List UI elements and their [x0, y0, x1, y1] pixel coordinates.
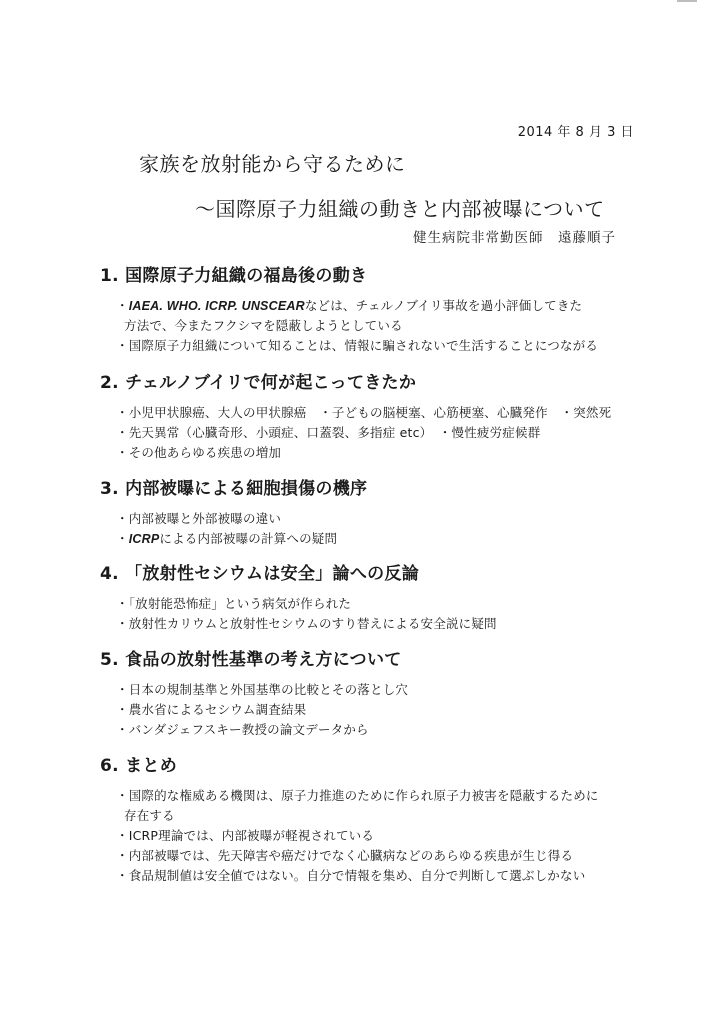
- section-2: 2. チェルノブイリで何が起こってきたか ・小児甲状腺癌、大人の甲状腺癌 ・子ど…: [100, 368, 611, 463]
- list-item-continuation: 存在する: [116, 806, 599, 826]
- bullet: ・: [116, 828, 129, 843]
- section-heading: 5. 食品の放射性基準の考え方について: [100, 645, 408, 670]
- list-item-continuation: 方法で、今またフクシマを隠蔽しようとしている: [116, 316, 598, 336]
- list-item: ・先天異常（心臓奇形、小頭症、口蓋裂、多指症 etc） ・慢性疲労症候群: [116, 423, 611, 443]
- bullet: ・: [116, 298, 129, 313]
- organization-names: IAEA. WHO. ICRP. UNSCEAR: [129, 299, 305, 313]
- bullet: ・: [116, 682, 129, 697]
- bullet: ・: [116, 848, 129, 863]
- bullet: ・: [116, 788, 129, 803]
- section-heading: 3. 内部被曝による細胞損傷の機序: [100, 474, 367, 499]
- list-item: ・ICRPによる内部被曝の計算への疑問: [116, 529, 367, 549]
- bullet: ・: [116, 616, 129, 631]
- list-item: ・日本の規制基準と外国基準の比較とその落とし穴: [116, 680, 408, 700]
- bullet: ・: [116, 531, 129, 546]
- document-date: 2014 年 8 月 3 日: [518, 121, 634, 140]
- section-5: 5. 食品の放射性基準の考え方について ・日本の規制基準と外国基準の比較とその落…: [100, 645, 408, 740]
- list-item: ・食品規制値は安全値ではない。自分で情報を集め、自分で判断して選ぶしかない: [116, 866, 599, 886]
- list-item: ・放射性カリウムと放射性セシウムのすり替えによる安全説に疑問: [116, 614, 497, 634]
- bullet: ・: [116, 511, 129, 526]
- list-item: ・ICRP理論では、内部被曝が軽視されている: [116, 826, 599, 846]
- bullet: ・: [116, 702, 129, 717]
- document-title: 家族を放射能から守るために: [139, 148, 406, 177]
- list-item: ・内部被曝と外部被曝の違い: [116, 509, 367, 529]
- bullet: ・: [116, 596, 129, 611]
- list-item: ・農水省によるセシウム調査結果: [116, 700, 408, 720]
- section-heading: 4. 「放射性セシウムは安全」論への反論: [100, 559, 497, 584]
- bullet: ・: [116, 868, 129, 883]
- section-heading: 2. チェルノブイリで何が起こってきたか: [100, 368, 611, 393]
- list-item: ・内部被曝では、先天障害や癌だけでなく心臓病などのあらゆる疾患が生じ得る: [116, 846, 599, 866]
- section-4: 4. 「放射性セシウムは安全」論への反論 ・「放射能恐怖症」という病気が作られた…: [100, 559, 497, 634]
- list-item: ・「放射能恐怖症」という病気が作られた: [116, 594, 497, 614]
- section-3: 3. 内部被曝による細胞損傷の機序 ・内部被曝と外部被曝の違い ・ICRPによる…: [100, 474, 367, 549]
- list-item: ・その他あらゆる疾患の増加: [116, 443, 611, 463]
- document-author: 健生病院非常勤医師 遠藤順子: [413, 226, 616, 246]
- section-heading: 6. まとめ: [100, 751, 599, 776]
- section-heading: 1. 国際原子力組織の福島後の動き: [100, 261, 598, 286]
- bullet: ・: [116, 722, 129, 737]
- list-item: ・バンダジェフスキー教授の論文データから: [116, 720, 408, 740]
- list-item: ・IAEA. WHO. ICRP. UNSCEARなどは、チェルノブイリ事故を過…: [116, 296, 598, 316]
- list-item: ・国際的な権威ある機関は、原子力推進のために作られ原子力被害を隠蔽するために: [116, 786, 599, 806]
- section-6: 6. まとめ ・国際的な権威ある機関は、原子力推進のために作られ原子力被害を隠蔽…: [100, 751, 599, 886]
- scan-artifact: [677, 0, 697, 2]
- bullet: ・: [116, 338, 129, 353]
- list-item: ・国際原子力組織について知ることは、情報に騙されないで生活することにつながる: [116, 336, 598, 356]
- organization-name: ICRP: [129, 532, 160, 546]
- document-subtitle: ～国際原子力組織の動きと内部被曝について: [195, 193, 605, 222]
- list-item: ・小児甲状腺癌、大人の甲状腺癌 ・子どもの脳梗塞、心筋梗塞、心臓発作 ・突然死: [116, 403, 611, 423]
- section-1: 1. 国際原子力組織の福島後の動き ・IAEA. WHO. ICRP. UNSC…: [100, 261, 598, 356]
